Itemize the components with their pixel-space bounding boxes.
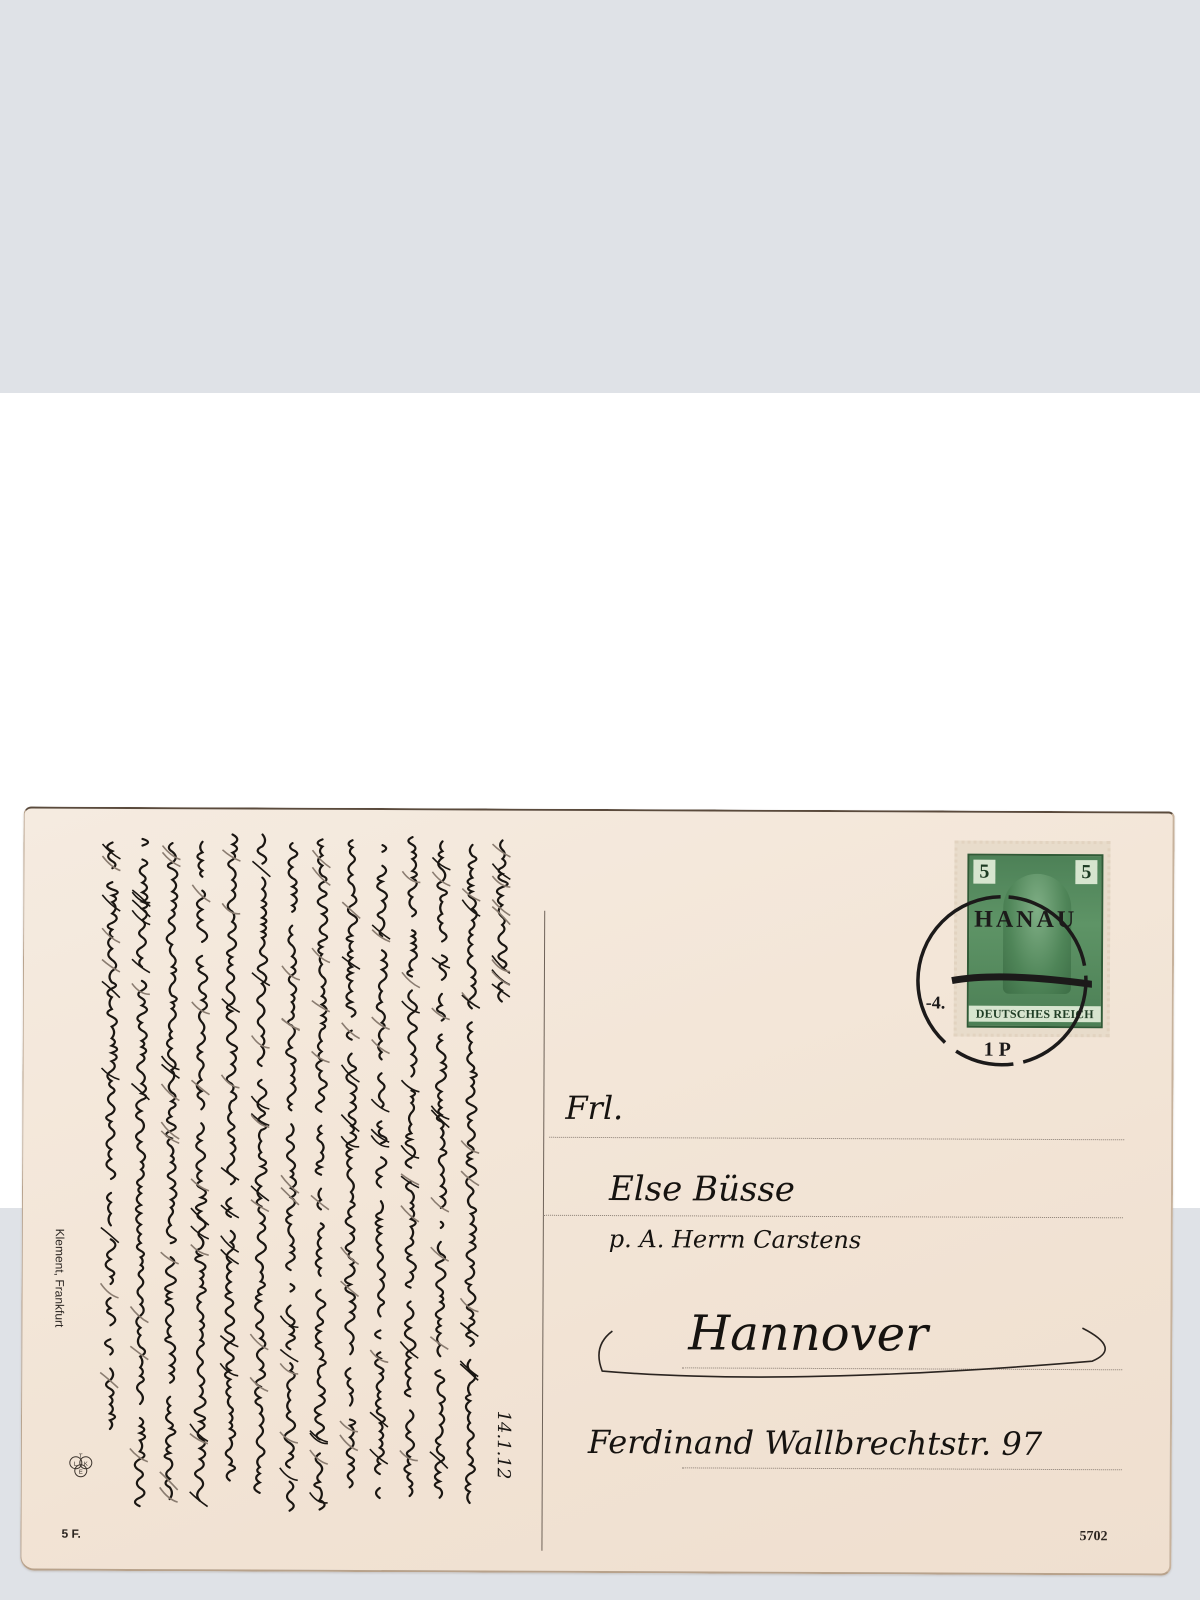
- publisher-imprint: Klement, Frankfurt: [52, 1229, 66, 1328]
- handwritten-message: [21, 808, 544, 1570]
- photo-frame: 14.1.12 Klement, Frankfurt L K E T 5 F. …: [0, 393, 1200, 1208]
- postcard: 14.1.12 Klement, Frankfurt L K E T 5 F. …: [20, 806, 1174, 1575]
- address-line-1: [549, 1137, 1124, 1141]
- address-salutation: Frl.: [565, 1089, 623, 1127]
- address-line-2: [543, 1215, 1123, 1219]
- address-street: Ferdinand Wallbrechtstr. 97: [588, 1423, 1042, 1463]
- svg-text:E: E: [79, 1470, 83, 1476]
- message-date: 14.1.12: [493, 1411, 514, 1480]
- postage-stamp: 5 5 DEUTSCHES REICH: [954, 841, 1111, 1038]
- address-line-4: [682, 1467, 1122, 1470]
- address-care-of: p. A. Herrn Carstens: [609, 1225, 862, 1254]
- series-label: 5 F.: [61, 1527, 80, 1541]
- postmark-office: 1 P: [984, 1039, 1011, 1062]
- stamp-denomination-right: 5: [1075, 860, 1097, 884]
- postmark-date: -4.: [926, 992, 946, 1013]
- serial-number: 5702: [1079, 1529, 1107, 1545]
- address-city: Hannover: [688, 1305, 928, 1362]
- svg-text:L: L: [74, 1462, 78, 1468]
- clover-logo-icon: L K E T: [66, 1451, 96, 1481]
- germania-stamp-icon: 5 5 DEUTSCHES REICH: [967, 854, 1104, 1029]
- svg-text:K: K: [84, 1462, 88, 1468]
- address-name: Else Büsse: [609, 1169, 795, 1210]
- stamp-denomination-left: 5: [973, 860, 995, 884]
- stamp-country-label: DEUTSCHES REICH: [969, 1006, 1101, 1023]
- svg-text:T: T: [79, 1454, 83, 1460]
- germania-figure: [1003, 874, 1072, 994]
